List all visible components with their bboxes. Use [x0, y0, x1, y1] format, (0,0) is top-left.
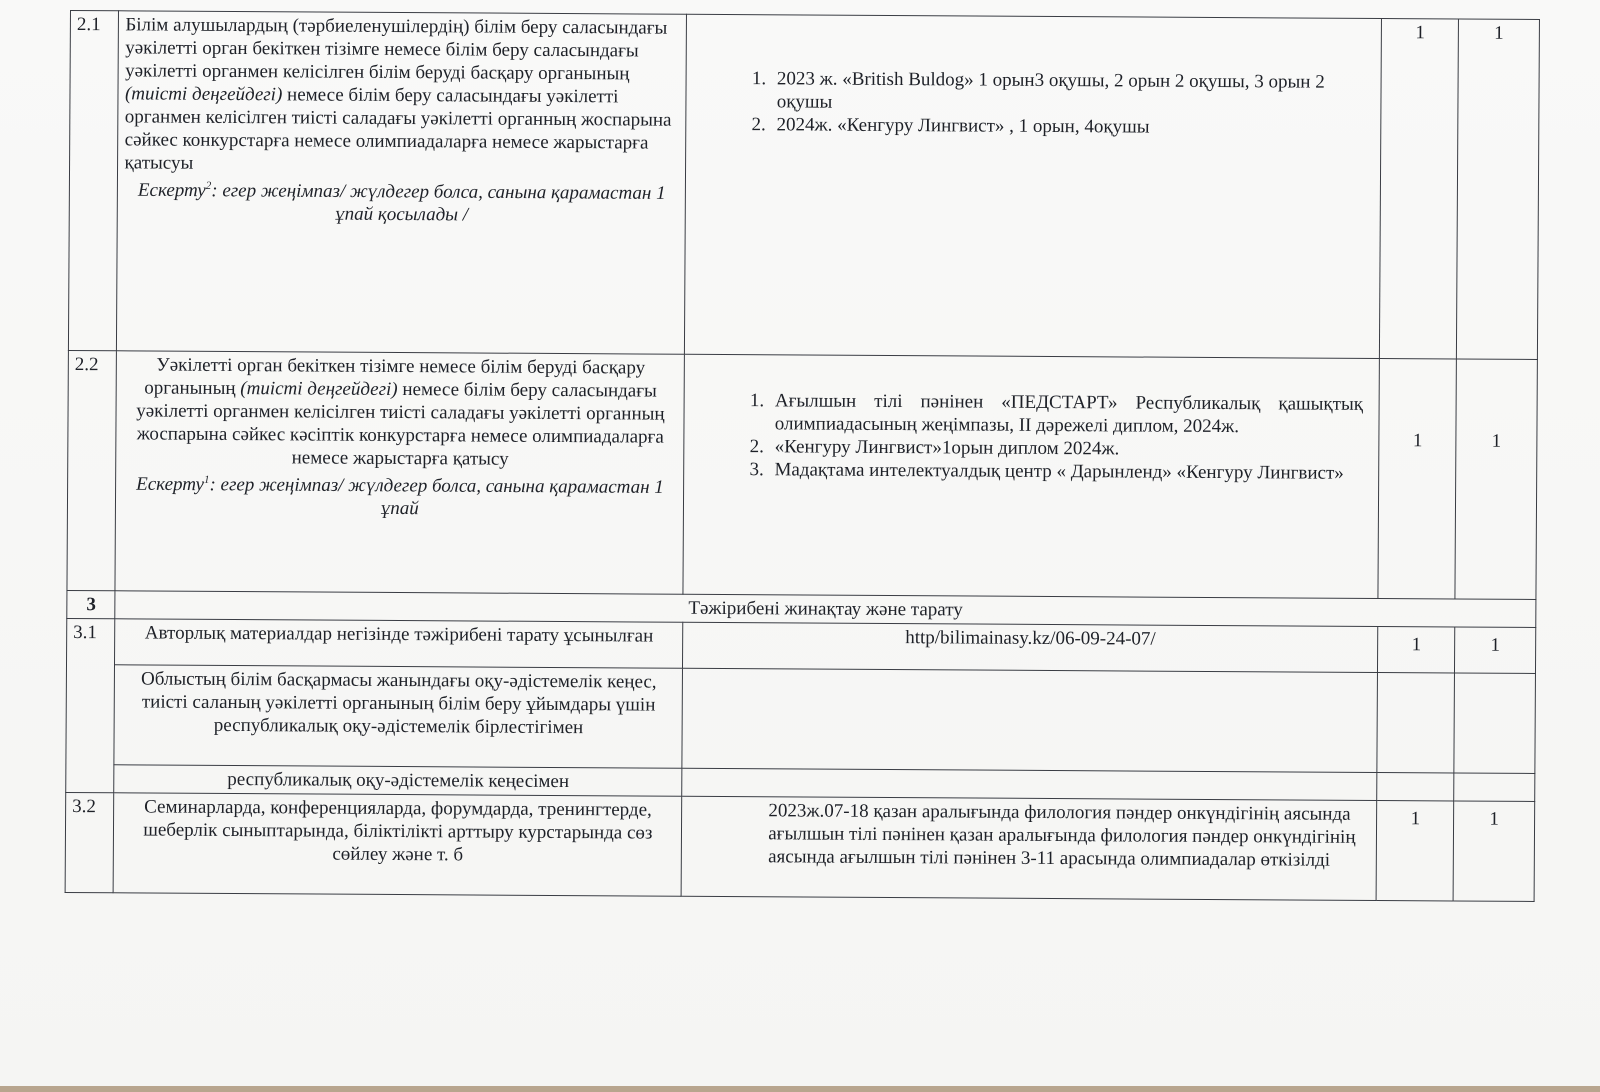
criterion-note: Ескерту2: егер жеңімпаз/ жүлдегер болса,… [124, 174, 679, 228]
evidence-cell: Ағылшын тілі пәнінен «ПЕДСТАРТ» Республи… [683, 354, 1380, 598]
evidence-list: Ағылшын тілі пәнінен «ПЕДСТАРТ» Республи… [690, 389, 1373, 485]
evidence-text: 2023ж.07-18 қазан аралығында филология п… [688, 799, 1371, 872]
score-expert: 1 [1457, 19, 1540, 359]
table-row-2-2: 2.2 Уәкілетті орган бекіткен тізімге нем… [67, 350, 1537, 599]
evidence-cell [682, 668, 1378, 772]
evidence-item: 2024ж. «Кенгуру Лингвист» , 1 орын, 4оқу… [771, 113, 1365, 140]
evidence-link[interactable]: http/bilimainasy.kz/06-09-24-07/ [689, 625, 1371, 652]
criterion-text: Білім алушылардың (тәрбиеленушілердің) б… [124, 13, 680, 177]
criterion-cell: Авторлық материалдар негізінде тәжірибен… [115, 619, 683, 668]
criterion-cell: Уәкілетті орган бекіткен тізімге немесе … [115, 351, 684, 594]
note-label: Ескерту [138, 180, 206, 201]
note-text: : егер жеңімпаз/ жүлдегер болса, санына … [211, 180, 665, 226]
scanned-page: 2.1 Білім алушылардың (тәрбиеленушілерді… [0, 0, 1600, 1092]
score-expert: 1 [1455, 359, 1537, 599]
score-expert: 1 [1455, 627, 1536, 673]
evidence-list: 2023 ж. «British Buldog» 1 орын3 оқушы, … [693, 67, 1376, 140]
evidence-cell [682, 768, 1377, 800]
criterion-cell: Семинарларда, конференцияларда, форумдар… [114, 793, 682, 896]
evidence-item: Ағылшын тілі пәнінен «ПЕДСТАРТ» Республи… [769, 389, 1363, 439]
evaluation-table: 2.1 Білім алушылардың (тәрбиеленушілерді… [65, 10, 1540, 902]
criterion-italic: (тиісті деңгейдегі) [125, 83, 282, 105]
evidence-item: Мадақтама интелектуалдық центр « Дарынле… [768, 458, 1362, 485]
row-number: 3.1 [66, 618, 116, 792]
criterion-note: Ескерту1: егер жеңімпаз/ жүлдегер болса,… [122, 468, 677, 522]
evidence-cell: 2023 ж. «British Buldog» 1 орын3 оқушы, … [685, 14, 1382, 358]
criterion-cell: республикалық оқу-әдістемелік кеңесімен [114, 765, 682, 796]
table-row-2-1: 2.1 Білім алушылардың (тәрбиеленушілерді… [68, 11, 1539, 360]
criterion-line: білім беруді басқару органының [369, 62, 630, 85]
score-self: 1 [1378, 359, 1456, 599]
page-edge [0, 1086, 1600, 1092]
criterion-cell: Білім алушылардың (тәрбиеленушілердің) б… [117, 11, 687, 354]
criterion-italic: (тиісті деңгейдегі) [240, 378, 397, 400]
row-number: 2.1 [68, 11, 119, 351]
note-text: : егер жеңімпаз/ жүлдегер болса, санына … [209, 474, 663, 519]
evidence-cell: http/bilimainasy.kz/06-09-24-07/ [683, 622, 1378, 672]
score-expert [1454, 673, 1535, 773]
section-number: 3 [67, 590, 116, 618]
note-label: Ескерту [136, 474, 204, 495]
table-row-3-2: 3.2 Семинарларда, конференцияларда, фору… [65, 792, 1535, 901]
evidence-cell: 2023ж.07-18 қазан аралығында филология п… [681, 796, 1377, 900]
table-row-3-1-regional: Облыстың білім басқармасы жанындағы оқу-… [66, 664, 1536, 773]
score-self: 1 [1378, 627, 1455, 673]
row-number: 2.2 [67, 350, 117, 590]
criterion-text: Уәкілетті орган бекіткен тізімге немесе … [123, 353, 678, 471]
score-expert [1454, 773, 1535, 801]
criterion-cell: Облыстың білім басқармасы жанындағы оқу-… [114, 665, 682, 768]
score-self [1377, 772, 1454, 800]
criterion-line: Білім алушылардың (тәрбиеленушілердің) б… [125, 14, 557, 38]
score-expert: 1 [1453, 801, 1534, 901]
score-self: 1 [1380, 19, 1459, 359]
evidence-item: 2023 ж. «British Buldog» 1 орын3 оқушы, … [771, 67, 1365, 117]
score-self [1377, 673, 1454, 773]
row-number: 3.2 [65, 792, 114, 892]
criterion-line: келісілген тиісті саладағы уәкілетті орг… [206, 107, 577, 130]
score-self: 1 [1376, 800, 1453, 900]
